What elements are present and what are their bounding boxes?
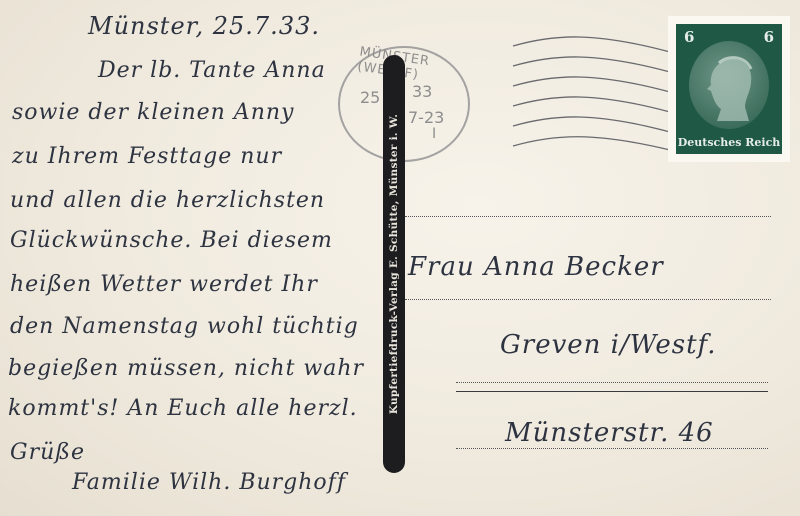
town-underline: [456, 391, 768, 392]
postcard: Münster, 25.7.33. Der lb. Tante Anna sow…: [0, 0, 800, 516]
message-line: zu Ihrem Festtage nur: [12, 144, 282, 169]
message-line: Grüße: [10, 440, 85, 465]
postmark-roman: I: [432, 126, 436, 142]
recipient-name: Frau Anna Becker: [408, 252, 664, 282]
message-line: begießen müssen, nicht wahr: [8, 356, 364, 381]
signature: Familie Wilh. Burghoff: [72, 470, 346, 495]
message-line: heißen Wetter werdet Ihr: [10, 272, 318, 297]
message-line: Glückwünsche. Bei diesem: [10, 228, 333, 253]
postmark-day: 25: [360, 88, 380, 107]
cancellation-wave-lines: [505, 30, 675, 150]
address-line-1: [405, 216, 771, 217]
publisher-imprint: Kupfertiefdruck-Verlag E. Schütte, Münst…: [388, 114, 400, 414]
portrait-medallion-icon: [689, 41, 769, 129]
message-line: kommt's! An Euch alle herzl.: [8, 396, 358, 421]
message-line: und allen die herzlichsten: [10, 188, 325, 213]
address-line-4: [456, 448, 768, 449]
address-line-3: [456, 382, 768, 383]
postmark-hour: 7-23: [408, 108, 444, 127]
stamp-caption: Deutsches Reich: [676, 136, 782, 149]
postmark-year: 33: [412, 82, 432, 101]
recipient-town: Greven i/Westf.: [500, 330, 717, 360]
recipient-street: Münsterstr. 46: [505, 418, 714, 448]
message-line: sowie der kleinen Anny: [12, 100, 294, 125]
message-line: den Namenstag wohl tüchtig: [10, 314, 359, 339]
place-date: Münster, 25.7.33.: [88, 12, 320, 40]
postage-stamp: 6 6 Deutsches Reich: [668, 16, 790, 162]
address-line-2: [405, 299, 771, 300]
divider-bar: Kupfertiefdruck-Verlag E. Schütte, Münst…: [383, 55, 405, 473]
message-line: Der lb. Tante Anna: [98, 58, 326, 83]
